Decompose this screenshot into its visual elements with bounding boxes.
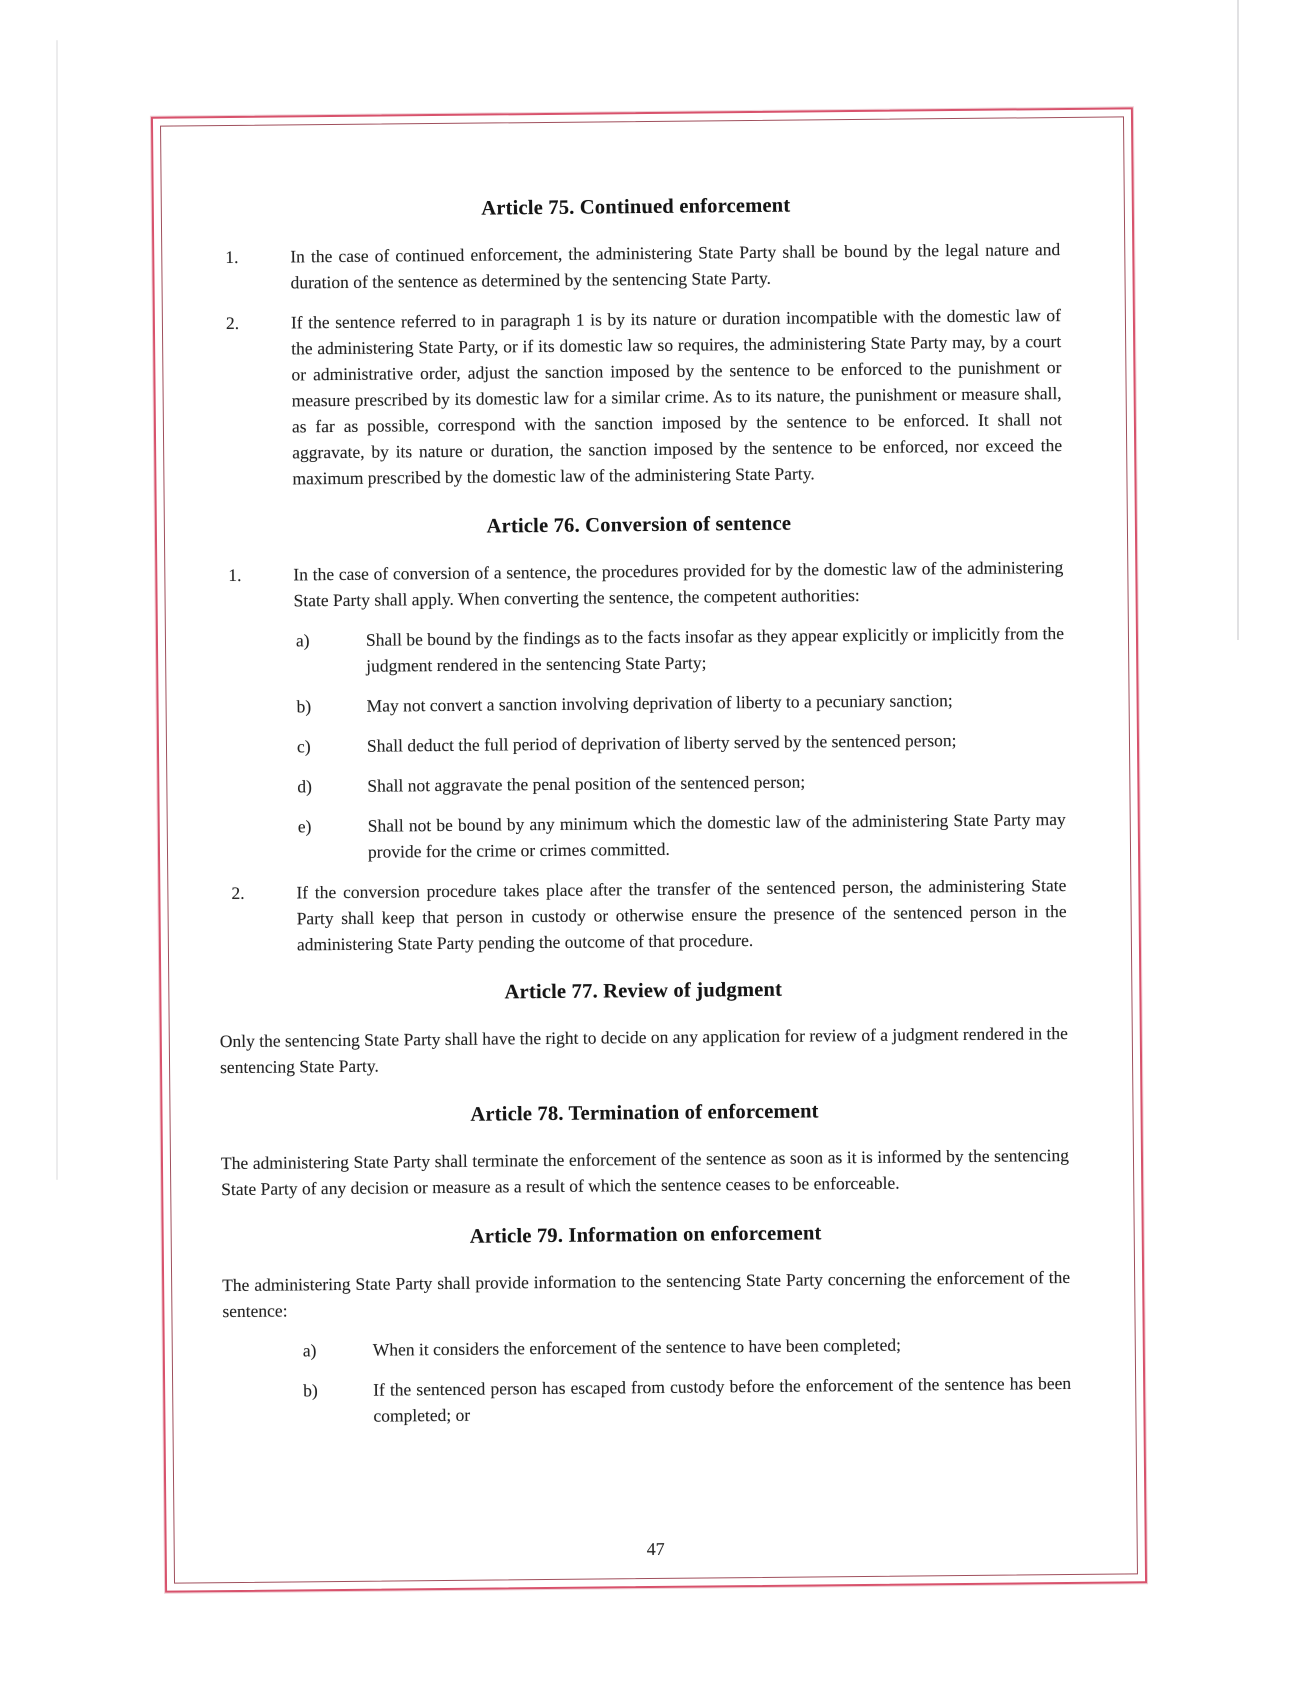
article-76-heading: Article 76. Conversion of sentence — [215, 508, 1063, 542]
article-76-item-d: d) Shall not aggravate the penal positio… — [297, 766, 1065, 799]
article-76-paragraph-1: 1. In the case of conversion of a senten… — [228, 554, 1063, 614]
item-label: a) — [303, 1337, 317, 1363]
article-75-paragraph-1: 1. In the case of continued enforcement,… — [225, 236, 1060, 296]
item-text: Shall not aggravate the penal position o… — [367, 771, 805, 795]
scan-artifact-left-line — [56, 40, 58, 1180]
paragraph-text: In the case of conversion of a sentence,… — [293, 557, 1063, 610]
item-label: e) — [298, 813, 312, 839]
item-label: b) — [296, 693, 311, 719]
article-75-paragraph-2: 2. If the sentence referred to in paragr… — [226, 302, 1063, 492]
item-text: May not convert a sanction involving dep… — [367, 690, 953, 716]
item-label: d) — [297, 773, 312, 799]
article-79-heading: Article 79. Information on enforcement — [222, 1218, 1070, 1252]
article-78-heading: Article 78. Termination of enforcement — [220, 1096, 1068, 1130]
article-76-item-e: e) Shall not be bound by any minimum whi… — [298, 806, 1066, 865]
item-label: a) — [296, 627, 310, 653]
paragraph-text: If the conversion procedure takes place … — [296, 875, 1066, 954]
document-content: Article 75. Continued enforcement 1. In … — [153, 109, 1144, 1444]
paragraph-number: 2. — [231, 880, 244, 906]
article-79-body: The administering State Party shall prov… — [222, 1264, 1070, 1324]
item-text: Shall be bound by the findings as to the… — [366, 623, 1064, 676]
article-78-body: The administering State Party shall term… — [221, 1142, 1069, 1202]
article-77-body: Only the sentencing State Party shall ha… — [220, 1020, 1068, 1080]
article-75-heading: Article 75. Continued enforcement — [212, 190, 1060, 224]
item-text: When it considers the enforcement of the… — [373, 1335, 901, 1360]
page-number: 47 — [167, 1534, 1145, 1564]
article-76-item-a: a) Shall be bound by the findings as to … — [296, 620, 1064, 679]
page-border-frame: Article 75. Continued enforcement 1. In … — [151, 107, 1147, 1592]
paragraph-text: If the sentence referred to in paragraph… — [291, 305, 1062, 488]
article-79-item-b: b) If the sentenced person has escaped f… — [303, 1370, 1071, 1429]
item-text: Shall deduct the full period of deprivat… — [367, 730, 957, 756]
paragraph-number: 1. — [225, 244, 238, 270]
scan-artifact-right-line — [1237, 0, 1239, 640]
article-76-paragraph-2: 2. If the conversion procedure takes pla… — [231, 872, 1067, 958]
article-76-item-b: b) May not convert a sanction involving … — [296, 686, 1064, 719]
article-76-item-c: c) Shall deduct the full period of depri… — [297, 726, 1065, 759]
article-79-item-a: a) When it considers the enforcement of … — [303, 1330, 1071, 1363]
item-label: c) — [297, 733, 311, 759]
paragraph-number: 2. — [226, 310, 239, 336]
paragraph-number: 1. — [228, 562, 241, 588]
article-77-heading: Article 77. Review of judgment — [219, 974, 1067, 1008]
item-text: If the sentenced person has escaped from… — [373, 1373, 1071, 1426]
item-text: Shall not be bound by any minimum which … — [368, 809, 1066, 862]
paragraph-text: In the case of continued enforcement, th… — [290, 239, 1060, 292]
item-label: b) — [303, 1377, 318, 1403]
